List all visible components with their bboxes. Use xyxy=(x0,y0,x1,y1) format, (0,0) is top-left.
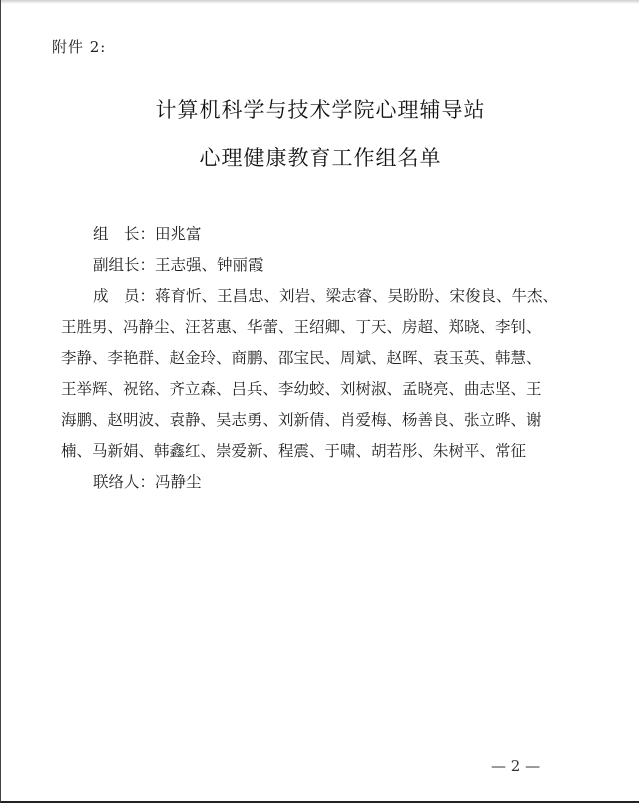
attachment-label: 附件 2: xyxy=(52,36,106,57)
members-line-5: 海鹏、赵明波、袁静、吴志勇、刘新倩、肖爱梅、杨善良、张立晔、谢 xyxy=(61,405,586,436)
document-page: 附件 2: 计算机科学与技术学院心理辅导站 心理健康教育工作组名单 组 长：田兆… xyxy=(0,0,639,803)
title-line-2: 心理健康教育工作组名单 xyxy=(1,142,639,172)
members-line-6: 楠、马新娟、韩鑫红、崇爱新、程震、于啸、胡若彤、朱树平、常征 xyxy=(61,436,586,467)
members-line-4: 王举辉、祝铭、齐立森、吕兵、李幼蛟、刘树淑、孟晓亮、曲志坚、王 xyxy=(61,374,586,405)
members-line-3: 李静、李艳群、赵金玲、商鹏、邵宝民、周斌、赵晖、袁玉英、韩慧、 xyxy=(61,343,586,374)
leader-label: 组 长： xyxy=(93,219,155,250)
roster-body: 组 长：田兆富 副组长：王志强、钟丽霞 成 员：蒋育忻、王昌忠、刘岩、梁志睿、吴… xyxy=(61,219,586,498)
page-number: — 2 — xyxy=(491,757,540,775)
title-line-1: 计算机科学与技术学院心理辅导站 xyxy=(1,94,639,124)
leader-value: 田兆富 xyxy=(155,225,202,243)
leader-row: 组 长：田兆富 xyxy=(61,219,586,250)
contact-row: 联络人：冯静尘 xyxy=(61,467,586,498)
contact-value: 冯静尘 xyxy=(155,473,202,491)
deputy-leader-label: 副组长： xyxy=(93,250,155,281)
page-top-shadow xyxy=(1,0,639,4)
deputy-leader-row: 副组长：王志强、钟丽霞 xyxy=(61,250,586,281)
members-line-2: 王胜男、冯静尘、汪茗惠、华蕾、王绍卿、丁天、房超、郑晓、李钊、 xyxy=(61,312,586,343)
contact-label: 联络人： xyxy=(93,467,155,498)
members-line-1: 成 员：蒋育忻、王昌忠、刘岩、梁志睿、吴盼盼、宋俊良、牛杰、 xyxy=(61,281,586,312)
members-block: 成 员：蒋育忻、王昌忠、刘岩、梁志睿、吴盼盼、宋俊良、牛杰、 王胜男、冯静尘、汪… xyxy=(61,281,586,467)
deputy-leader-value: 王志强、钟丽霞 xyxy=(155,256,264,274)
